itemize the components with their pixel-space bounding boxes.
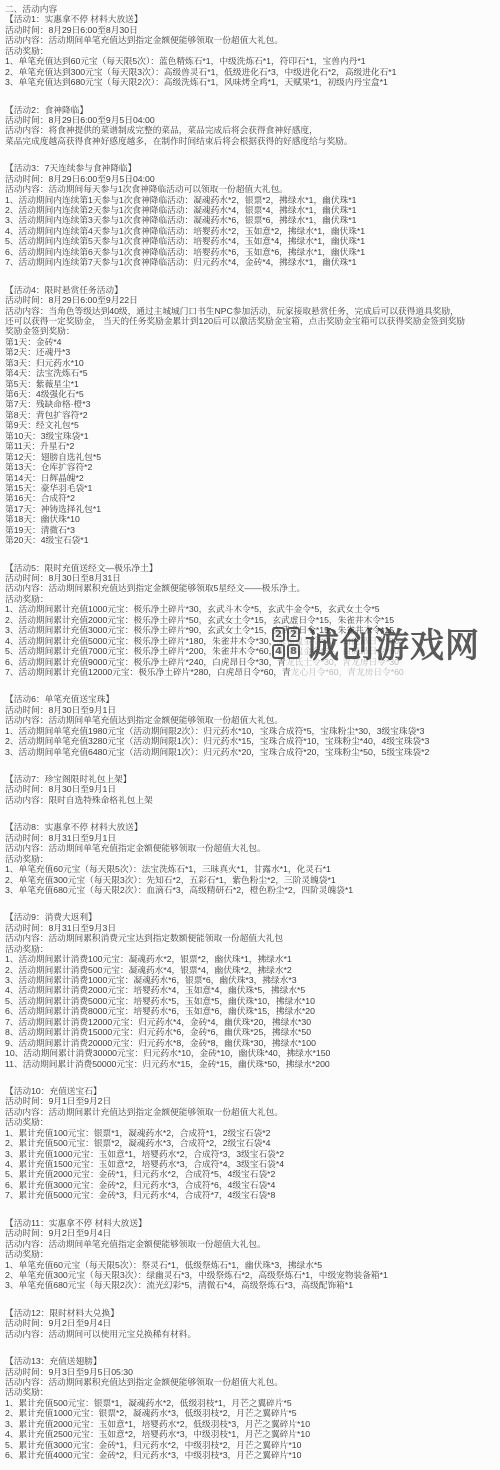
- text-line: 1、单笔充值达到60元宝（每天限5次）：蓝色精炼石*1，中级洗炼石*1，符印石*…: [5, 56, 500, 66]
- activity-header: 【活动6：单笔充值送宝珠】: [5, 694, 500, 704]
- activity-sections: 【活动1：实惠拿不停 材料大放送】活动时间：8月29日6:00至8月30日活动内…: [5, 14, 500, 1460]
- activity-section: 【活动5：限时充值送经文—极乐净土】活动时间：8月30日至8月31日活动内容：活…: [5, 563, 500, 678]
- activity-header: 【活动7：珍宝阁限时礼包上架】: [5, 774, 500, 784]
- text-line: 5、活动期间累计消费5000元宝：培婴药水*5，玉如意*5，幽伏珠*10，拂绿水…: [5, 996, 500, 1006]
- text-line: 3、活动期间内连续第3天参与1次食神降临活动：凝魂药水*6，银票*6，拂绿水*1…: [5, 215, 500, 225]
- text-line: 活动时间：8月31日至9月3日: [5, 923, 500, 933]
- text-line-faded: 龙氐土令*30，青龙房日令*30: [286, 657, 399, 667]
- text-line: 3、单笔充值680元宝（每天限2次）：血滴石*3，高级精研石*2，橙色粉尘*2，…: [5, 885, 500, 895]
- text-line: 活动内容：当角色等级达到40级，通过主城城门口书生NPC参加活动，玩家接取悬赏任…: [5, 306, 500, 316]
- text-line: 活动内容：活动期间累积充值达到指定金额便能够领取一份超值大礼包。: [5, 1377, 500, 1387]
- text-line: 第14天：日辉晶魄*2: [5, 473, 500, 483]
- page-title: 二、活动内容: [5, 4, 500, 14]
- text-line: 6、活动期间累计消费8000元宝：培婴药水*6，玉如意*6，幽伏珠*15，拂绿水…: [5, 1006, 500, 1016]
- text-line: 1、累计充值100元宝：银票*1，凝魂药水*2，合成符*1，2级宝石袋*2: [5, 1128, 500, 1138]
- text-line: 活动内容：活动期间每天参与1次食神降临活动可以领取一份超值大礼包。: [5, 184, 500, 194]
- activity-section: 【活动8：实惠拿不停 材料大放送】活动时间：8月31日至9月1日活动内容：活动期…: [5, 822, 500, 895]
- text-line: 6、活动期间内连续第6天参与1次食神降临活动：培婴药水*6，玉如意*6，拂绿水*…: [5, 247, 500, 257]
- activity-header: 【活动11：实惠拿不停 材料大放送】: [5, 1218, 500, 1228]
- text-line: 5、累计充值3000元宝：金砖*1，归元药水*2，中级羽枝*2，月芒之翼碎片*1…: [5, 1440, 500, 1450]
- text-line: 1、活动期间单笔充值1980元宝（活动期间限2次）：归元药水*10，宝珠合成符*…: [5, 726, 500, 736]
- text-line: 活动时间：9月1日至9月2日: [5, 1096, 500, 1106]
- text-line: 第15天：豪华羽毛袋*1: [5, 483, 500, 493]
- text-line: 第18天：幽伏珠*10: [5, 514, 500, 524]
- text-line: 2、单笔充值300元宝（每天限3次）：绿幽灵石*3，中级祭炼石*2，高级祭炼石*…: [5, 1270, 500, 1280]
- text-line: 第7天：残缺命格·橙*3: [5, 399, 500, 409]
- text-line: 活动内容：活动期间单笔充值达到指定金额便能够领取一份超值大礼包。: [5, 715, 500, 725]
- text-line: 2、累计充值1000元宝：银票*2，凝魂药水*3，低级羽枝*2，月芒之翼碎片*5: [5, 1408, 500, 1418]
- activity-header: 【活动10：充值送宝石】: [5, 1086, 500, 1096]
- text-line: 活动内容：将食神提供的菜谱制成完整的菜品，菜品完成后将会获得食神好感度，: [5, 125, 500, 135]
- text-line: 活动奖励：: [5, 1117, 500, 1127]
- text-line: 活动奖励：: [5, 46, 500, 56]
- text-line: 2、活动期间内连续第2天参与1次食神降临活动：凝魂药水*4，银票*4，拂绿水*1…: [5, 205, 500, 215]
- text-line: 活动时间：9月2日至9月4日: [5, 1318, 500, 1328]
- text-line: 2、单笔充值300元宝（每天限3次）：先知石*2，五彩石*1，紫色粉尘*2，三阶…: [5, 875, 500, 885]
- text-line: 6、累计充值4000元宝：金砖*2，归元药水*3，中级羽枝*3，月芒之翼碎片*1…: [5, 1450, 500, 1460]
- text-line: 第5天：紫薇星尘*1: [5, 379, 500, 389]
- text-line: 4、活动期间内连续第4天参与1次食神降临活动：培婴药水*2，玉如意*2，拂绿水*…: [5, 226, 500, 236]
- text-line: 第2天：还魂丹*3: [5, 347, 500, 357]
- text-line: 4、累计充值2500元宝：玉如意*2，培婴药水*3，中级羽枝*1，月芒之翼碎片*…: [5, 1429, 500, 1439]
- text-line: 1、单笔充值60元宝（每天限5次）：法宝洗炼石*1，三昧真火*1，甘露水*1，化…: [5, 864, 500, 874]
- text-line: 6、活动期间累计充值9000元宝：极乐净土碎片*240，白虎昂日令*30，青龙氐…: [5, 657, 500, 667]
- text-line: 7、累计充值5000元宝：金砖*3，归元药水*4，合成符*7，4级宝石袋*8: [5, 1190, 500, 1200]
- text-line-main: 4、活动期间累计充值5000元宝：极乐净土碎片*180，朱雀井木令*30，: [5, 636, 277, 646]
- text-line: 4、累计充值1500元宝：玉如意*2，培婴药水*3，合成符*4，3级宝石袋*4: [5, 1159, 500, 1169]
- text-line: 活动内容：活动期间累计充值达到指定金额便能够领取一份超值大礼包。: [5, 1107, 500, 1117]
- text-line: 第12天：翅膀自选礼包*5: [5, 452, 500, 462]
- text-line: 3、单笔充值680元宝（每天限2次）：流光幻彩*5，清微石*4，高级祭炼石*3，…: [5, 1280, 500, 1290]
- text-line: 3、累计充值1000元宝：玉如意*1，培婴药水*2，合成符*3，3级宝石袋*2: [5, 1149, 500, 1159]
- text-line: 活动内容：活动期间可以使用元宝兑换稀有材料。: [5, 1329, 500, 1339]
- text-line: 4、活动期间累计充值5000元宝：极乐净土碎片*180，朱雀井木令*30，朱雀鬼…: [5, 636, 500, 646]
- activity-section: 【活动2：食神降临】活动时间：8月29日6:00至9月5日04:00活动内容：将…: [5, 105, 500, 147]
- text-line: 第11天：升星石*2: [5, 441, 500, 451]
- text-line: 2、累计充值500元宝：银票*2，凝魂药水*3，合成符*2，2级宝石袋*4: [5, 1138, 500, 1148]
- text-line: 1、活动期间累计消费100元宝：凝魂药水*2，银票*2，幽伏珠*1，拂绿水*1: [5, 954, 500, 964]
- text-line: 活动内容：活动期间单笔充值指定金额便能够领取一份超值大礼包。: [5, 1239, 500, 1249]
- text-line: 第3天：归元药水*10: [5, 358, 500, 368]
- text-line: 3、活动期间累计充值3000元宝：极乐净土碎片*90，玄武女土令*15，玄武虚日…: [5, 625, 500, 635]
- text-line: 4、活动期间累计消费2000元宝：培婴药水*4，玉如意*4，幽伏珠*5，拂绿水*…: [5, 985, 500, 995]
- text-line: 7、活动期间内连续第7天参与1次食神降临活动：归元药水*4，金砖*4，拂绿水*1…: [5, 257, 500, 267]
- text-line: 2、活动期间累计充值2000元宝：极乐净土碎片*50，玄武女土令*15，玄武虚日…: [5, 615, 500, 625]
- text-line: 活动奖励：: [5, 944, 500, 954]
- activity-section: 【活动13：充值送翅膀】活动时间：9月3日至9月5日05:30活动内容：活动期间…: [5, 1356, 500, 1460]
- text-line: 活动时间：8月30日至8月31日: [5, 573, 500, 583]
- text-line-faded: 龙心月令*60，青龙房日令*60: [291, 667, 404, 677]
- text-line-main: 5、活动期间累计充值7000元宝：极乐净土碎片*200，朱雀井木令*60，: [5, 646, 277, 656]
- text-line: 第1天：金砖*4: [5, 337, 500, 347]
- activity-announcement-document: 二、活动内容 【活动1：实惠拿不停 材料大放送】活动时间：8月29日6:00至8…: [0, 0, 500, 1461]
- activity-section: 【活动7：珍宝阁限时礼包上架】活动时间：8月30日至9月1日活动内容：限时自选特…: [5, 774, 500, 805]
- activity-section: 【活动9：消费大返利】活动时间：8月31日至9月3日活动内容：活动期间累积消费元…: [5, 912, 500, 1069]
- activity-header: 【活动5：限时充值送经文—极乐净土】: [5, 563, 500, 573]
- text-line-faded: 朱雀鬼金令*60，白虎昂日令*60: [277, 646, 399, 656]
- text-line: 2、单笔充值达到300元宝（每天限3次）：高级兽灵石*1，低级进化石*3，中级进…: [5, 67, 500, 77]
- text-line: 5、累计充值2000元宝：金砖*1，归元药水*2，合成符*5，4级宝石袋*2: [5, 1169, 500, 1179]
- text-line: 还可以获得一定奖励金， 当天的任务奖励金累计到120后可以激活奖励金宝箱，点击奖…: [5, 316, 500, 326]
- text-line: 第8天：背包扩容符*2: [5, 410, 500, 420]
- text-line: 第10天：3级宝珠袋*1: [5, 431, 500, 441]
- text-line-main: 6、活动期间累计充值9000元宝：极乐净土碎片*240，白虎昂日令*30，青: [5, 657, 286, 667]
- text-line: 活动时间：9月3日至9月5日05:30: [5, 1367, 500, 1377]
- text-line: 活动内容：活动期间单笔充值达到指定金额便能够领取一份超值大礼包。: [5, 35, 500, 45]
- text-line: 活动奖励：: [5, 854, 500, 864]
- activity-header: 【活动4：限时悬赏任务活动】: [5, 285, 500, 295]
- text-line: 11、活动期间累计消费50000元宝：归元药水*15，金砖*15，幽伏珠*50，…: [5, 1059, 500, 1069]
- text-line-faded: 朱雀鬼金令*30，白虎昂日令*30: [277, 636, 399, 646]
- text-line: 奖励金签到奖励：: [5, 326, 500, 336]
- text-line: 活动内容：活动期间累积消费元宝达到指定数额便能领取一份超值大礼包: [5, 933, 500, 943]
- text-line: 活动时间：8月29日6:00至9月5日04:00: [5, 174, 500, 184]
- activity-header: 【活动13：充值送翅膀】: [5, 1356, 500, 1366]
- text-line: 3、活动期间单笔充值6480元宝（活动期间限1次）：归元药水*20，宝珠合成符*…: [5, 747, 500, 757]
- text-line: 3、累计充值2000元宝：玉如意*1，培婴药水*2，低级羽枝*3，月芒之翼碎片*…: [5, 1419, 500, 1429]
- text-line: 第6天：4级强化石*5: [5, 389, 500, 399]
- activity-section: 【活动6：单笔充值送宝珠】活动时间：8月30日至9月1日活动内容：活动期间单笔充…: [5, 694, 500, 757]
- text-line: 第17天：神铸选择礼包*1: [5, 504, 500, 514]
- text-line: 活动时间：8月30日至9月1日: [5, 784, 500, 794]
- text-line: 活动时间：8月29日6:00至9月22日: [5, 295, 500, 305]
- activity-section: 【活动11：实惠拿不停 材料大放送】活动时间：9月2日至9月4日活动内容：活动期…: [5, 1218, 500, 1291]
- text-line: 3、单笔充值达到680元宝（每天限2次）：高级洗炼石*1，风味烤全鸡*1，天赋果…: [5, 77, 500, 87]
- text-line: 第4天：法宝洗炼石*5: [5, 368, 500, 378]
- text-line: 第16天：合成符*2: [5, 493, 500, 503]
- text-line: 7、活动期间累计消费12000元宝：归元药水*4，金砖*4，幽伏珠*20，拂绿水…: [5, 1017, 500, 1027]
- text-line: 活动时间：8月29日6:00至9月5日04:00: [5, 115, 500, 125]
- text-line: 第9天：经文礼包*5: [5, 420, 500, 430]
- text-line: 活动奖励：: [5, 594, 500, 604]
- text-line: 第19天：清微石*3: [5, 525, 500, 535]
- activity-header: 【活动1：实惠拿不停 材料大放送】: [5, 14, 500, 24]
- activity-section: 【活动3：7天连续参与食神降临】活动时间：8月29日6:00至9月5日04:00…: [5, 163, 500, 267]
- text-line: 1、活动期间累计充值1000元宝：极乐净土碎片*30，玄武斗木令*5，玄武牛金令…: [5, 604, 500, 614]
- activity-header: 【活动9：消费大返利】: [5, 912, 500, 922]
- text-line: 1、活动期间内连续第1天参与1次食神降临活动：凝魂药水*2，银票*2，拂绿水*1…: [5, 195, 500, 205]
- text-line: 活动内容：活动期间累积充值达到指定金额便能够领取5星经文——极乐净土。: [5, 583, 500, 593]
- text-line: 2、活动期间单笔充值3280元宝（活动期间限1次）：归元药水*15，宝珠合成符*…: [5, 736, 500, 746]
- activity-header: 【活动8：实惠拿不停 材料大放送】: [5, 822, 500, 832]
- activity-header: 【活动3：7天连续参与食神降临】: [5, 163, 500, 173]
- activity-header: 【活动12：限时材料大兑换】: [5, 1308, 500, 1318]
- text-line: 1、单笔充值60元宝（每天限5次）：祭灵石*1，低级祭炼石*1，幽伏珠*3，拂绿…: [5, 1260, 500, 1270]
- activity-header: 【活动2：食神降临】: [5, 105, 500, 115]
- activity-section: 【活动12：限时材料大兑换】活动时间：9月2日至9月4日活动内容：活动期间可以使…: [5, 1308, 500, 1339]
- text-line: 8、活动期间累计消费15000元宝：归元药水*6，金砖*6，幽伏珠*25，拂绿水…: [5, 1027, 500, 1037]
- activity-section: 【活动10：充值送宝石】活动时间：9月1日至9月2日活动内容：活动期间累计充值达…: [5, 1086, 500, 1201]
- activity-section: 【活动1：实惠拿不停 材料大放送】活动时间：8月29日6:00至8月30日活动内…: [5, 14, 500, 87]
- activity-section: 【活动4：限时悬赏任务活动】活动时间：8月29日6:00至9月22日活动内容：当…: [5, 285, 500, 546]
- text-line: 3、活动期间累计消费1000元宝：凝魂药水*6，银票*6，幽伏珠*3，拂绿水*3: [5, 975, 500, 985]
- text-line: 活动内容：活动期间单笔充值指定金额便能够领取一份超值大礼包。: [5, 843, 500, 853]
- text-line: 菜品完成度越高获得食神好感度越多，在制作时间结束后将会根据获得的好感度给与奖励。: [5, 136, 500, 146]
- text-line: 7、活动期间累计充值12000元宝：极乐净土碎片*280，白虎昂日令*60，青龙…: [5, 667, 500, 677]
- text-line: 活动奖励：: [5, 1249, 500, 1259]
- text-line: 10、活动期间累计消费30000元宝：归元药水*10，金砖*10，幽伏珠*40，…: [5, 1048, 500, 1058]
- text-line: 第13天：仓库扩容符*2: [5, 462, 500, 472]
- text-line: 5、活动期间内连续第5天参与1次食神降临活动：培婴药水*4，玉如意*4，拂绿水*…: [5, 236, 500, 246]
- text-line: 第20天：4级宝石袋*1: [5, 535, 500, 545]
- text-line: 活动时间：8月31日至9月1日: [5, 833, 500, 843]
- text-line: 活动时间：9月2日至9月4日: [5, 1228, 500, 1238]
- text-line: 6、累计充值3000元宝：金砖*2，归元药水*3，合成符*6，4级宝石袋*4: [5, 1180, 500, 1190]
- text-line: 活动内容：限时自选特殊命格礼包上架: [5, 795, 500, 805]
- text-line: 活动奖励：: [5, 1387, 500, 1397]
- text-line: 5、活动期间累计充值7000元宝：极乐净土碎片*200，朱雀井木令*60，朱雀鬼…: [5, 646, 500, 656]
- text-line: 9、活动期间累计消费20000元宝：归元药水*8，金砖*8，幽伏珠*30，拂绿水…: [5, 1038, 500, 1048]
- text-line: 活动时间：8月29日6:00至8月30日: [5, 25, 500, 35]
- text-line: 活动时间：8月30日至9月1日: [5, 705, 500, 715]
- text-line-main: 7、活动期间累计充值12000元宝：极乐净土碎片*280，白虎昂日令*60，青: [5, 667, 291, 677]
- text-line: 2、活动期间累计消费500元宝：凝魂药水*4，银票*4，幽伏珠*2，拂绿水*2: [5, 965, 500, 975]
- text-line: 1、累计充值500元宝：银票*1，凝魂药水*2，低级羽枝*1，月芒之翼碎片*5: [5, 1398, 500, 1408]
